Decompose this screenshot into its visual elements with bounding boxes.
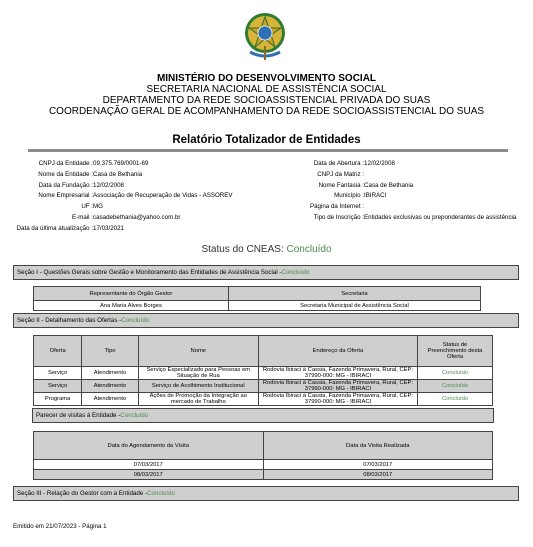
brazil-coat-of-arms-icon — [236, 8, 294, 66]
status-cell: Concluído — [418, 367, 493, 380]
info-label: Nome Fantasia : — [270, 181, 364, 192]
table-cell: Atendimento — [82, 380, 138, 393]
info-row-name: Nome da Entidade :Casa de Bethania — [22, 170, 233, 181]
info-value: MG — [93, 202, 103, 213]
info-value: 12/02/2008 — [93, 181, 124, 192]
table-cell: Serviço — [34, 367, 82, 380]
section-title: Seção I - Questões Gerais sobre Gestão e… — [17, 269, 281, 276]
info-label: Município : — [270, 191, 364, 202]
info-label: CNPJ da Entidade : — [22, 159, 93, 170]
info-value: 12/02/2008 — [364, 159, 395, 170]
entity-info-left: CNPJ da Entidade :09.375.769/0001-69 Nom… — [22, 159, 233, 235]
info-value: casadebethania@yahoo.com.br — [93, 213, 180, 224]
column-header: Representante do Órgão Gestor — [34, 287, 229, 301]
coordination-name: COORDENAÇÃO GERAL DE ACOMPANHAMENTO DA R… — [0, 106, 533, 117]
cneas-status-value: Concluído — [287, 244, 332, 255]
table-cell: Rodovia Ibiraci à Cassia, Fazenda Primav… — [258, 367, 417, 380]
table-cell: Ações de Promoção da Integração ao merca… — [138, 393, 258, 406]
title-divider — [28, 149, 508, 152]
table-cell: Rodovia Ibiraci à Cassia, Fazenda Primav… — [258, 380, 417, 393]
department-name: DEPARTAMENTO DA REDE SOCIOASSISTENCIAL P… — [0, 95, 533, 106]
column-header: Data da Visita Realizada — [263, 432, 493, 460]
table-cell: Programa — [34, 393, 82, 406]
section-title: Seção III - Relação do Gestor com a Enti… — [17, 490, 147, 497]
table-cell: Atendimento — [82, 393, 138, 406]
info-value: Associação de Recuperação de Vidas - ASS… — [93, 191, 233, 202]
section-status: Concluído — [120, 412, 148, 419]
table-row: Programa Atendimento Ações de Promoção d… — [34, 393, 493, 406]
info-row-website: Página da Internet : — [270, 202, 516, 213]
section-status: Concluído — [147, 490, 175, 497]
info-value: 09.375.769/0001-69 — [93, 159, 148, 170]
info-label: Data da última atualização : — [0, 224, 93, 235]
info-value: Casa de Bethania — [93, 170, 142, 181]
section-title: Parecer de visitas à Entidade - — [36, 412, 120, 419]
info-row-registration-type: Tipo de Inscrição :Entidades exclusivas … — [270, 213, 516, 224]
info-value: IBIRACI — [364, 191, 386, 202]
info-row-cnpj: CNPJ da Entidade :09.375.769/0001-69 — [22, 159, 233, 170]
table-cell: Secretaria Municipal de Assistência Soci… — [228, 301, 480, 311]
info-label: E-mail : — [22, 213, 93, 224]
table-row: Serviço Atendimento Serviço de Acolhimen… — [34, 380, 493, 393]
info-label: Tipo de Inscrição : — [270, 213, 364, 224]
status-cell: Concluído — [418, 380, 493, 393]
info-row-foundation: Data da Fundação :12/02/2008 — [22, 181, 233, 192]
section-1-header: Seção I - Questões Gerais sobre Gestão e… — [13, 265, 519, 280]
visits-header: Parecer de visitas à Entidade - Concluíd… — [32, 408, 494, 423]
section-3-header: Seção III - Relação do Gestor com a Enti… — [13, 486, 519, 501]
info-row-uf: UF :MG — [22, 202, 233, 213]
table-cell: Atendimento — [82, 367, 138, 380]
info-row-company-name: Nome Empresarial :Associação de Recupera… — [22, 191, 233, 202]
info-row-email: E-mail :casadebethania@yahoo.com.br — [22, 213, 233, 224]
info-label: Página da Internet : — [270, 202, 364, 213]
table-cell: Serviço Especializado para Pessoas em Si… — [138, 367, 258, 380]
info-row-parent-cnpj: CNPJ da Matriz : — [270, 170, 516, 181]
table-cell: Serviço de Acolhimento Institucional — [138, 380, 258, 393]
table-row: Ana Maria Alves BorgesSecretaria Municip… — [34, 301, 481, 311]
table-cell: 08/03/2017 — [263, 470, 493, 480]
column-header: Secretaria — [228, 287, 480, 301]
entity-info-right: Data de Abertura :12/02/2008 CNPJ da Mat… — [270, 159, 516, 224]
info-value: Casa de Bethania — [364, 181, 413, 192]
footer-issued: Emitido em 21/07/2023 - Página 1 — [13, 523, 107, 530]
table-cell: 07/03/2017 — [34, 460, 264, 470]
cneas-status: Status do CNEAS: Concluído — [0, 244, 533, 255]
info-label: UF : — [22, 202, 93, 213]
info-label: Data da Fundação : — [22, 181, 93, 192]
info-label: Nome da Entidade : — [22, 170, 93, 181]
cneas-status-label: Status do CNEAS: — [201, 244, 286, 255]
section-status: Concluído — [121, 317, 149, 324]
section-status: Concluído — [281, 269, 309, 276]
info-row-municipality: Município :IBIRACI — [270, 191, 516, 202]
info-label: Data de Abertura : — [270, 159, 364, 170]
column-header: Endereço da Oferta — [258, 336, 417, 367]
info-row-last-update: Data da última atualização :17/03/2021 — [0, 224, 233, 235]
manager-table: Representante do Órgão GestorSecretaria … — [33, 286, 481, 311]
ministry-name: MINISTÉRIO DO DESENVOLVIMENTO SOCIAL — [0, 73, 533, 84]
section-2-header: Seção II - Detalhamento das Ofertas - Co… — [13, 313, 519, 328]
table-cell: 08/03/2017 — [34, 470, 264, 480]
table-cell: Rodovia Ibiraci à Cassia, Fazenda Primav… — [258, 393, 417, 406]
info-row-opening: Data de Abertura :12/02/2008 — [270, 159, 516, 170]
table-row: 08/03/201708/03/2017 — [34, 470, 493, 480]
info-value: 17/03/2021 — [93, 224, 124, 235]
offers-table: Oferta Tipo Nome Endereço da Oferta Stat… — [33, 335, 493, 406]
table-cell: Ana Maria Alves Borges — [34, 301, 229, 311]
column-header: Status de Preenchimento desta Oferta — [418, 336, 493, 367]
info-value: Entidades exclusivas ou preponderantes d… — [364, 213, 516, 224]
column-header: Tipo — [82, 336, 138, 367]
table-row: Serviço Atendimento Serviço Especializad… — [34, 367, 493, 380]
column-header: Oferta — [34, 336, 82, 367]
report-title: Relatório Totalizador de Entidades — [0, 134, 533, 146]
table-cell: 07/03/2017 — [263, 460, 493, 470]
column-header: Data do Agendamento da Visita — [34, 432, 264, 460]
visits-table: Data do Agendamento da VisitaData da Vis… — [33, 431, 493, 480]
table-row: 07/03/201707/03/2017 — [34, 460, 493, 470]
info-label: CNPJ da Matriz : — [270, 170, 364, 181]
section-title: Seção II - Detalhamento das Ofertas - — [17, 317, 121, 324]
status-cell: Concluído — [418, 393, 493, 406]
column-header: Nome — [138, 336, 258, 367]
table-cell: Serviço — [34, 380, 82, 393]
info-row-trade-name: Nome Fantasia :Casa de Bethania — [270, 181, 516, 192]
info-label: Nome Empresarial : — [22, 191, 93, 202]
secretariat-name: SECRETARIA NACIONAL DE ASSISTÊNCIA SOCIA… — [0, 84, 533, 95]
